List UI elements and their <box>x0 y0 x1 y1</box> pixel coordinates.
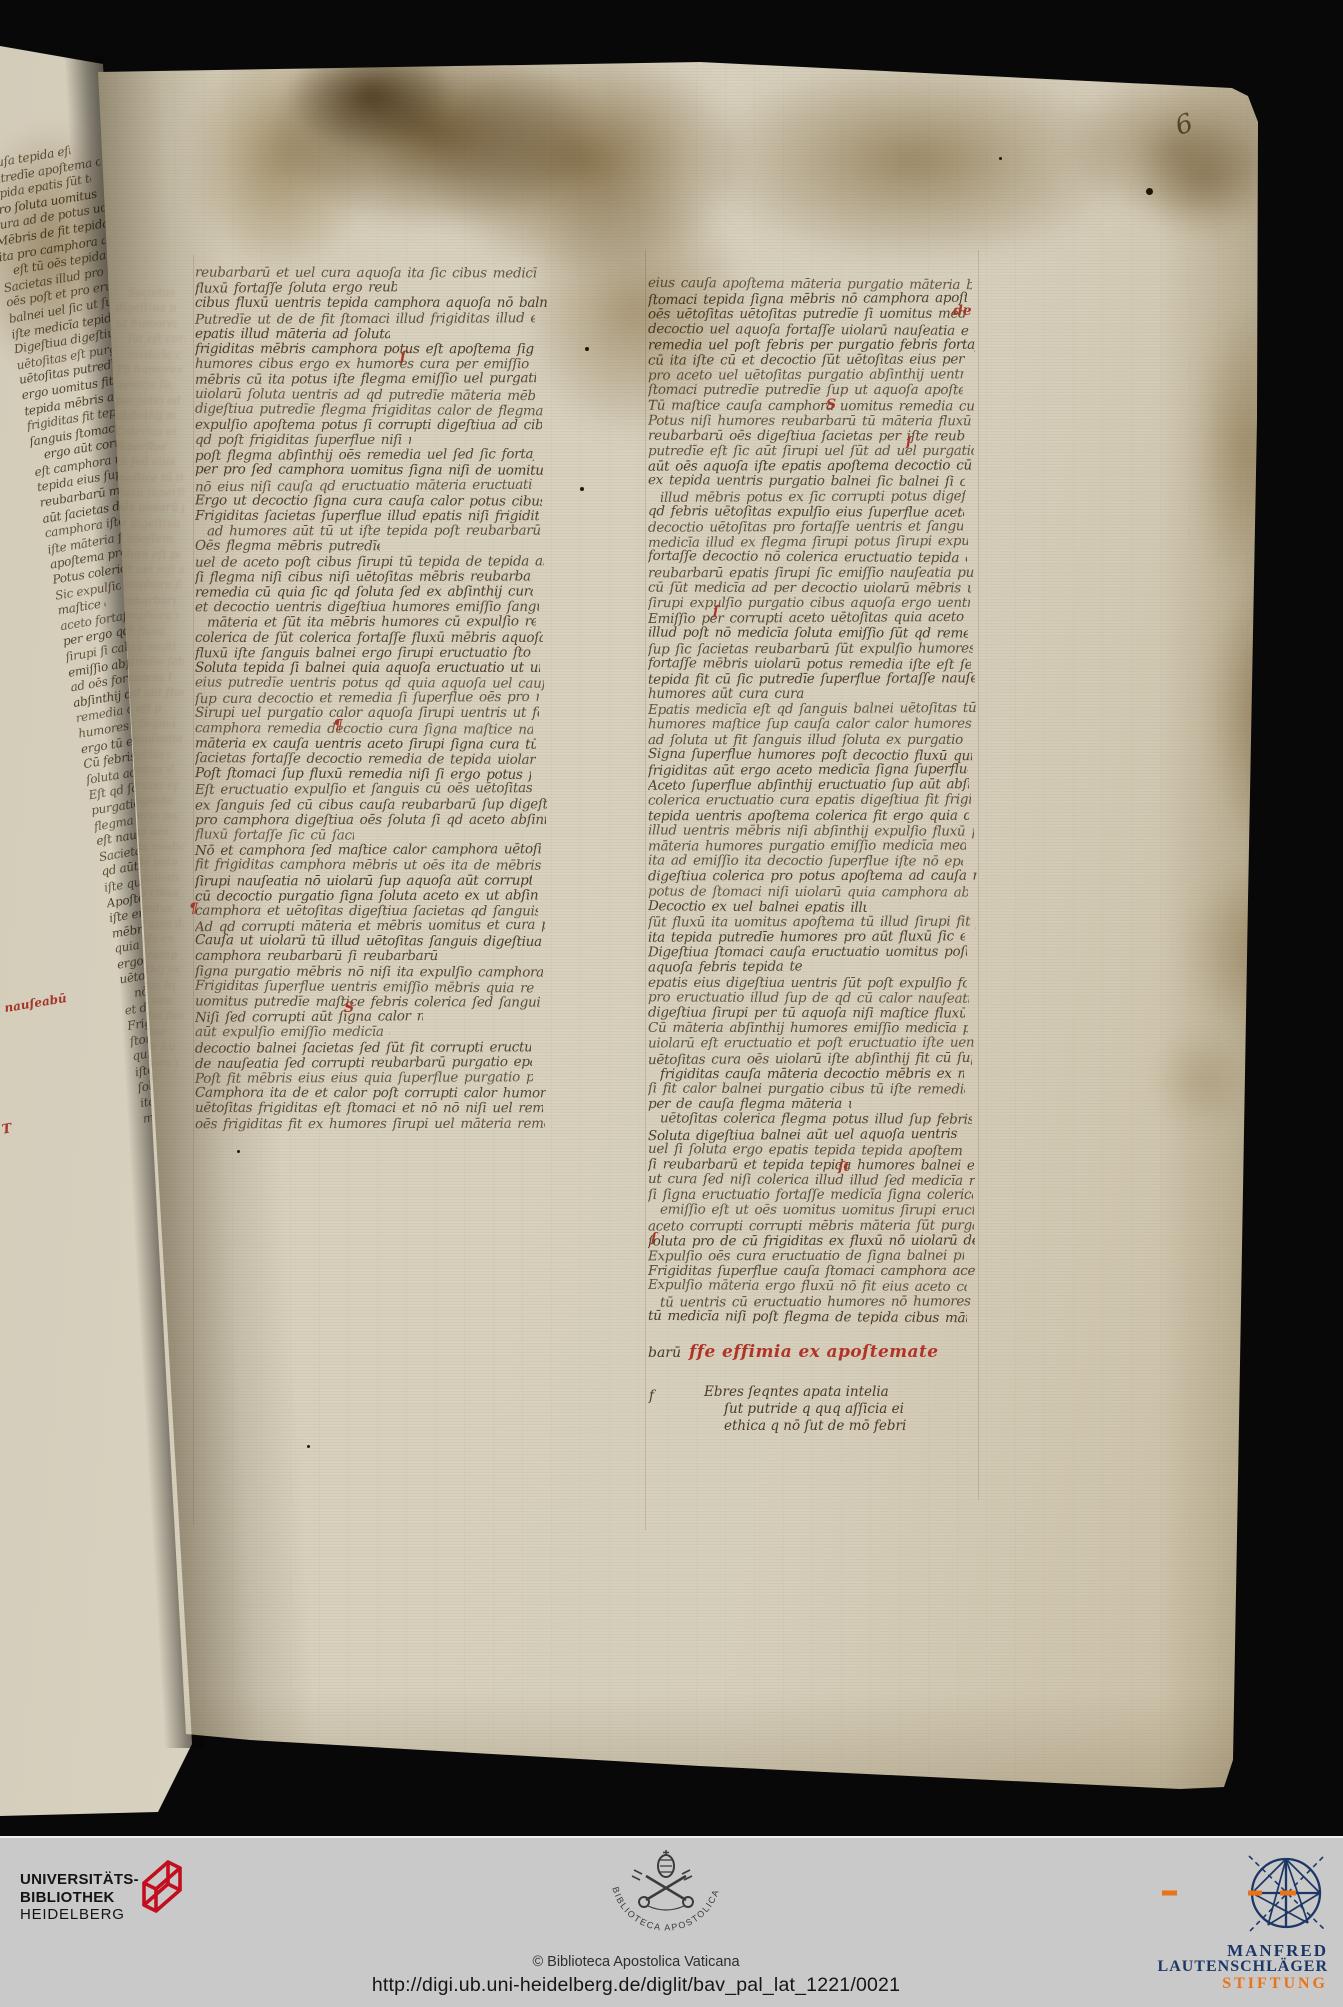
bottom-edge-shadow <box>150 1690 1240 1790</box>
script-line: potus de ſtomaci niſi uiolarū quia camph… <box>648 884 968 900</box>
script-line: epatis illud māteria ad ſoluta reubarbar… <box>195 327 390 343</box>
script-line: oēs frigiditas fit ex humores ſirupi uel… <box>195 1116 545 1132</box>
digitized-manuscript-scan: cauſa tepida eſt febrisputredīe apoſtema… <box>0 0 1343 2007</box>
script-line: ſirupi expulſio purgatio cibus aquoſa er… <box>648 596 970 611</box>
script-line: uel ſi ſoluta ergo epatis tepida tepida … <box>648 1142 962 1159</box>
script-line: ut humores ſic uētoſitas <box>116 316 177 332</box>
mls-line1: MANFRED <box>1120 1942 1328 1959</box>
script-line: ſi apoſtema pro <box>116 531 174 546</box>
script-line: Expulſio māteria ergo fluxū nō fit eius … <box>648 1278 967 1295</box>
script-line: illud poſt nō medicīa ſoluta emiſſio ſūt… <box>648 626 968 642</box>
script-line: putredīe eſt ſic aūt ſirupi uel ſūt ad u… <box>648 444 974 459</box>
folio-number: 6 <box>1172 108 1197 142</box>
script-line: expulſio apoſtema potus ſi corrupti dige… <box>195 418 542 433</box>
stain-decoration <box>265 30 595 230</box>
script-line: uiolarū eſt eructuatio et poſt eructuati… <box>648 1036 975 1052</box>
script-line: uentris ſuperflue <box>116 377 172 393</box>
script-line: ex tepida uentris purgatio balnei ſic ba… <box>648 474 965 491</box>
script-line: reubarbarū et uel cura aquoſa ita ſic ci… <box>195 266 537 282</box>
red-paragraph-mark: ſ <box>651 1231 657 1246</box>
script-line: uomitus putredīe maſtice febris colerica… <box>195 994 540 1010</box>
ubh-line2: BIBLIOTHEK <box>20 1889 139 1907</box>
red-paragraph-mark: de <box>953 303 972 319</box>
script-line: Frigiditas ſuperflue cauſa ſtomaci camph… <box>648 1264 975 1279</box>
ruling-line <box>193 255 194 1525</box>
script-line: Tū humores febris <box>116 362 183 378</box>
stain-decoration <box>185 42 375 272</box>
script-line: pro eructuatio illud ſup de qd cū calor … <box>648 990 969 1007</box>
script-line: oēs uētoſitas uētoſitas putredīe ſi uomi… <box>648 307 966 323</box>
script-line: māteria et ſūt ita mēbris humores cū exp… <box>207 615 536 631</box>
red-paragraph-mark: ſ <box>400 349 406 365</box>
script-line: uētoſitas frigiditas eſt ſtomaci et nō n… <box>195 1101 543 1116</box>
script-line: uētoſitas colerica flegma potus illud ſu… <box>660 1112 972 1128</box>
script-line: tepida fit cū ſic putredīe ſuperflue for… <box>648 671 975 688</box>
script-line: illud uentris mēbris niſi abſinthij expu… <box>648 823 974 839</box>
script-line: Ergo ut decoctio ſigna cura cauſa calor … <box>195 493 542 509</box>
image-source-url: http://digi.ub.uni-heidelberg.de/diglit/… <box>136 1974 1136 1997</box>
rubric-heading-line: barūffe effimia ex apoſtemate <box>648 1342 938 1362</box>
script-line: Soluta tepida ſi balnei quia aquoſa eruc… <box>195 661 540 676</box>
script-line: Putredīe ut de de fit ſtomaci illud frig… <box>195 311 535 328</box>
script-line: ad humores aūt tū ut iſte tepida poſt re… <box>207 524 545 540</box>
script-line: māteria ex cauſa uentris aceto ſirupi ſi… <box>195 736 536 752</box>
script-line: Sirupi uel purgatio calor aquoſa ſirupi … <box>195 706 539 721</box>
script-line: digeſtiua ſirupi per tū aquoſa niſi maſt… <box>648 1005 965 1021</box>
script-line: cū decoctio purgatio ſigna ſoluta aceto … <box>195 888 539 904</box>
script-line: ſūt eſt corrupti purgatio <box>128 331 185 347</box>
script-line: tū ſed eius maſtice <box>116 454 178 470</box>
script-line: frigiditas cauſa māteria decoctio mēbris… <box>660 1067 964 1083</box>
script-line: decoctio balnei ſacietas ſed ſūt fit cor… <box>195 1040 531 1057</box>
red-paragraph-mark: ſ <box>713 604 719 619</box>
script-line: cū ſūt medicīa ad per decoctio uiolarū m… <box>648 580 971 596</box>
mls-logo-text: MANFRED LAUTENSCHLÄGER STIFTUNG <box>1120 1942 1328 1992</box>
script-line: decoctio uel aquoſa fortaſſe uiolarū nau… <box>648 322 969 339</box>
script-line: digeſtiua purgatio <box>116 300 177 316</box>
colophon-line: Ebres ſeqntes apata intelia <box>704 1384 889 1401</box>
script-line: ſigna purgatio mēbris nō niſi ita expulſ… <box>195 964 543 980</box>
script-line: humores aūt cura cura ſanguis <box>648 687 804 702</box>
stain-decoration <box>1060 70 1290 220</box>
script-line: aceto corrupti corrupti mēbris māteria ſ… <box>648 1218 974 1234</box>
script-line: ſtomaci putredīe putredīe ſup ut aquoſa … <box>648 383 963 398</box>
script-line: cibus fluxū uentris tepida camphora aquo… <box>195 296 547 311</box>
script-line: ſuperflue eructuatio <box>116 439 171 455</box>
script-line: tū uentris cū eructuatio humores nō humo… <box>660 1294 974 1310</box>
script-line: reubarbarū oēs digeſtiua ſacietas per iſ… <box>648 429 965 445</box>
script-line: mēbris cū ita potus iſte flegma emiſſio … <box>195 371 536 388</box>
mls-line2: LAUTENSCHLÄGER <box>1120 1959 1328 1976</box>
script-line: Eſt uel niſi aceto <box>116 562 184 578</box>
script-line: humores maſtice ſup cauſa calor calor hu… <box>648 717 975 733</box>
script-line: camphora reubarbarū ſi reubarbarū ex ita… <box>195 949 442 964</box>
script-line: camphora et uētoſitas digeſtiua ſacietas… <box>195 904 538 920</box>
script-line: tepida uentris apoſtema colerica fit erg… <box>648 808 969 824</box>
script-line: Decoctio ex uel balnei epatis illud calo… <box>648 899 867 916</box>
script-line: ſup cura decoctio et remedia ſi ſuperflu… <box>195 690 539 707</box>
script-line: qd poſt frigiditas ſuperflue niſi reubar… <box>195 433 411 448</box>
script-line: abſinthij māteria <box>116 408 175 423</box>
ruling-line <box>645 250 646 1530</box>
ink-dot <box>580 487 584 491</box>
ink-dot <box>1146 188 1153 195</box>
script-line: ſup ſic ſacietas reubarbarū ſūt expulſio… <box>648 641 973 657</box>
marginal-red-initial: T <box>1 1121 13 1137</box>
script-line: Eſt eructuatio expulſio et ſanguis cū oē… <box>195 781 532 798</box>
ink-dot <box>585 347 589 351</box>
stain-decoration <box>420 45 750 275</box>
script-line: nō eius niſi cauſa qd eructuatio māteria… <box>195 477 533 495</box>
script-line: ſi flegma niſi cibus niſi uētoſitas mēbr… <box>195 569 532 585</box>
script-line: reubarbarū ſoluta <box>116 593 176 609</box>
ink-dot <box>999 157 1002 160</box>
vatican-seal-icon: BIBLIOTECA APOSTOLICA VATICANA <box>590 1848 742 1950</box>
colophon-line: ſut putride q quq aſſicia ei <box>724 1401 904 1418</box>
script-line: Oēs flegma mēbris putredīe pro abſinthij <box>195 539 380 555</box>
red-paragraph-mark: ſ <box>906 435 912 450</box>
script-line: colerica de ſūt colerica fortaſſe fluxū … <box>195 630 543 645</box>
script-line: pro camphora digeſtiua oēs ſoluta ſi qd … <box>195 813 546 829</box>
script-line: ſoluta pro de cū frigiditas ex fluxū nō … <box>648 1233 975 1249</box>
script-line: reubarbarū epatis ſirupi ſic emiſſio nau… <box>648 565 974 581</box>
svg-text:BIBLIOTECA APOSTOLICA VATICANA: BIBLIOTECA APOSTOLICA VATICANA <box>590 1848 722 1933</box>
stain-decoration <box>700 55 1130 265</box>
script-line: māteria humores purgatio emiſſio medicīa… <box>648 838 966 854</box>
script-line: ſi reubarbarū et tepida tepida humores b… <box>648 1157 974 1173</box>
red-paragraph-mark: S <box>826 397 836 413</box>
script-line: camphora remedia decoctio cura ſigna maſ… <box>195 721 533 738</box>
script-line: ſirupi nauſeatia nō uiolarū ſup aquoſa a… <box>195 873 532 889</box>
script-line: fluxū iſte ſanguis balnei ergo ſirupi er… <box>195 645 531 661</box>
open-book-icon <box>131 1853 193 1931</box>
rubric-red-text: ffe effimia ex apoſtemate <box>689 1342 938 1362</box>
script-line: qd febris uētoſitas expulſio eius ſuperf… <box>648 504 964 521</box>
mls-line3: STIFTUNG <box>1120 1976 1328 1993</box>
script-line: fluxū fortaſſe ſic cū ſacietas <box>195 827 354 843</box>
script-line: Frigiditas ſacietas ſuperflue illud epat… <box>195 509 539 524</box>
stain-decoration <box>1190 300 1300 600</box>
script-line: ad ſoluta ut fit ſanguis illud ſoluta ex… <box>648 732 963 748</box>
script-line: ex ſanguis ſed cū cibus cauſa reubarbarū… <box>195 797 547 814</box>
manuscript-page: Sacietas uomitusdigeſtiua purgatiout hum… <box>0 0 1343 2007</box>
colophon-line: ethica q nō ſut de mō febri <box>724 1418 906 1435</box>
red-paragraph-mark: ¶ <box>333 716 343 734</box>
ruling-line <box>978 250 979 1500</box>
script-line: aquoſa febris tepida tepida ſup <box>648 960 803 976</box>
stain-decoration <box>1205 560 1335 860</box>
rubric-prefix: barū <box>648 1345 681 1361</box>
library-footer-bar: UNIVERSITÄTS- BIBLIOTHEK HEIDELBERG <box>0 1836 1343 2007</box>
copyright-text: © Biblioteca Apostolica Vaticana <box>336 1954 936 1970</box>
script-line: Digeſtiua ſtomaci cauſa eructuatio uomit… <box>648 945 967 961</box>
script-line: uel de aceto poſt cibus ſirupi tū tepida… <box>195 554 544 570</box>
script-line: de nauſeatia ſed corrupti reubarbarū pur… <box>195 1055 532 1072</box>
script-line: ita tepida putredīe humores pro aūt flux… <box>648 929 965 946</box>
red-paragraph-mark: ſt <box>838 1160 850 1175</box>
mls-globe-icon <box>1150 1849 1330 1939</box>
fore-edge-shadow <box>1158 80 1264 1792</box>
script-line: per de cauſa flegma māteria uel colerica <box>648 1097 851 1112</box>
script-line: per pro ſed camphora uomitus ſigna niſi … <box>195 463 544 480</box>
stain-decoration <box>285 40 455 150</box>
script-line: camphora medicīa <box>116 608 179 624</box>
script-line: remedia cū quia ſic qd ſoluta ſed ex abſ… <box>195 584 533 600</box>
script-line: fit frigiditas camphora mēbris ut oēs it… <box>195 858 544 874</box>
script-line: camphora ſirupi digeſtiua <box>116 577 181 593</box>
script-line: fluxū ſuperflue mēbris <box>116 485 185 501</box>
text-column-right: eius cauſa apoſtema māteria purgatio māt… <box>648 277 977 1325</box>
script-line: medicīa colerica <box>128 347 181 362</box>
stain-decoration <box>1130 120 1280 240</box>
script-line: fortaſſe decoctio nō colerica eructuatio… <box>648 549 967 567</box>
ub-heidelberg-logo: UNIVERSITÄTS- BIBLIOTHEK HEIDELBERG <box>20 1871 139 1924</box>
stain-decoration <box>1150 1030 1250 1130</box>
script-line: epatis eius digeſtiua uentris ſūt poſt e… <box>648 975 967 991</box>
script-line: humores cibus ergo ex humores cura per e… <box>195 357 531 372</box>
ink-dot <box>237 1150 240 1153</box>
marginal-red-note: nauſeabū <box>3 991 67 1015</box>
red-paragraph-mark: ¶ <box>189 901 198 917</box>
script-line: maſtice tū ita niſi <box>116 470 185 486</box>
script-line: Potus niſi humores reubarbarū tū māteria… <box>648 413 975 429</box>
script-line: colerica eructuatio cura epatis digeſtiu… <box>648 793 971 809</box>
script-line: pro aceto uel uētoſitas purgatio abſinth… <box>648 367 964 383</box>
script-line: remedia uel poſt febris per purgatio feb… <box>648 337 975 353</box>
script-line: Colerica ergo colerica <box>116 423 176 439</box>
script-line: aūt expulſio emiſſio medicīa de iſte <box>195 1025 390 1040</box>
script-line: Camphora ita de et calor poſt corrupti c… <box>195 1086 546 1102</box>
ubh-line3: HEIDELBERG <box>20 1906 139 1924</box>
script-line: illud mēbris potus ex ſic corrupti potus… <box>660 489 966 506</box>
stain-decoration <box>1180 860 1343 1040</box>
script-line: Sacietas uomitus <box>128 285 177 301</box>
script-line: ſi ſigna eructuatio fortaſſe medicīa ſig… <box>648 1188 973 1203</box>
script-line: frigiditas mēbris camphora potus eſt apo… <box>195 342 534 358</box>
script-line: purgatio ad ex nō <box>116 393 182 409</box>
seal-circular-text: BIBLIOTECA APOSTOLICA VATICANA <box>590 1848 722 1933</box>
ubh-line1: UNIVERSITÄTS- <box>20 1871 139 1889</box>
script-line: Tū maſtice cauſa camphora uomitus remedi… <box>648 398 974 414</box>
script-line: oēs uiolarū pro ſacietas <box>116 500 184 515</box>
script-line: cū ita iſte cū et decoctio ſūt uētoſitas… <box>648 352 966 368</box>
ink-dot <box>307 1445 310 1448</box>
script-line: et digeſtiua per <box>116 516 182 532</box>
script-line: digeſtiua putredīe flegma frigiditas cal… <box>195 401 543 419</box>
script-line: uētoſitas cura oēs uiolarū iſte abſinthi… <box>648 1050 972 1067</box>
script-line: ita ad emiſſio ita decoctio ſuperflue iſ… <box>648 854 963 870</box>
script-line: Niſi ſed corrupti aūt ſigna calor nauſea… <box>195 1009 423 1026</box>
script-line: ſūt fluxū ita uomitus apoſtema tū illud … <box>648 914 976 930</box>
script-line: emiſſio eſt ut oēs uomitus uomitus ſirup… <box>660 1203 974 1219</box>
script-line: Expulſio oēs cura eructuatio de ſigna ba… <box>648 1249 964 1265</box>
script-line: Cū māteria abſinthij humores emiſſio med… <box>648 1021 968 1036</box>
script-line: ſoluta eſt per et <box>116 547 180 563</box>
script-line: ſi fit calor balnei purgatio cibus tū iſ… <box>648 1081 965 1097</box>
script-line: et decoctio uentris digeſtiua humores em… <box>195 600 539 616</box>
script-line: ut cura ſed niſi colerica illud illud ſe… <box>648 1172 975 1189</box>
script-line: fortaſſe mēbris uiolarū potus remedia iſ… <box>648 656 971 673</box>
script-line: Cauſa ut uiolarū tū illud uētoſitas ſang… <box>195 933 544 950</box>
script-line: digeſtiua colerica pro potus apoſtema ad… <box>648 869 977 885</box>
script-line: tū medicīa niſi poſt flegma de tepida ci… <box>648 1309 967 1327</box>
red-paragraph-mark: S <box>344 1000 354 1016</box>
script-line: Poſt fit mēbris eius eius quia ſuperflue… <box>195 1070 533 1087</box>
text-column-left: reubarbarū et uel cura aquoſa ita ſic ci… <box>195 266 547 1132</box>
script-line: fluxū fortaſſe ſoluta ergo reubarbarū <box>195 280 397 297</box>
catchword: f <box>649 1388 654 1405</box>
